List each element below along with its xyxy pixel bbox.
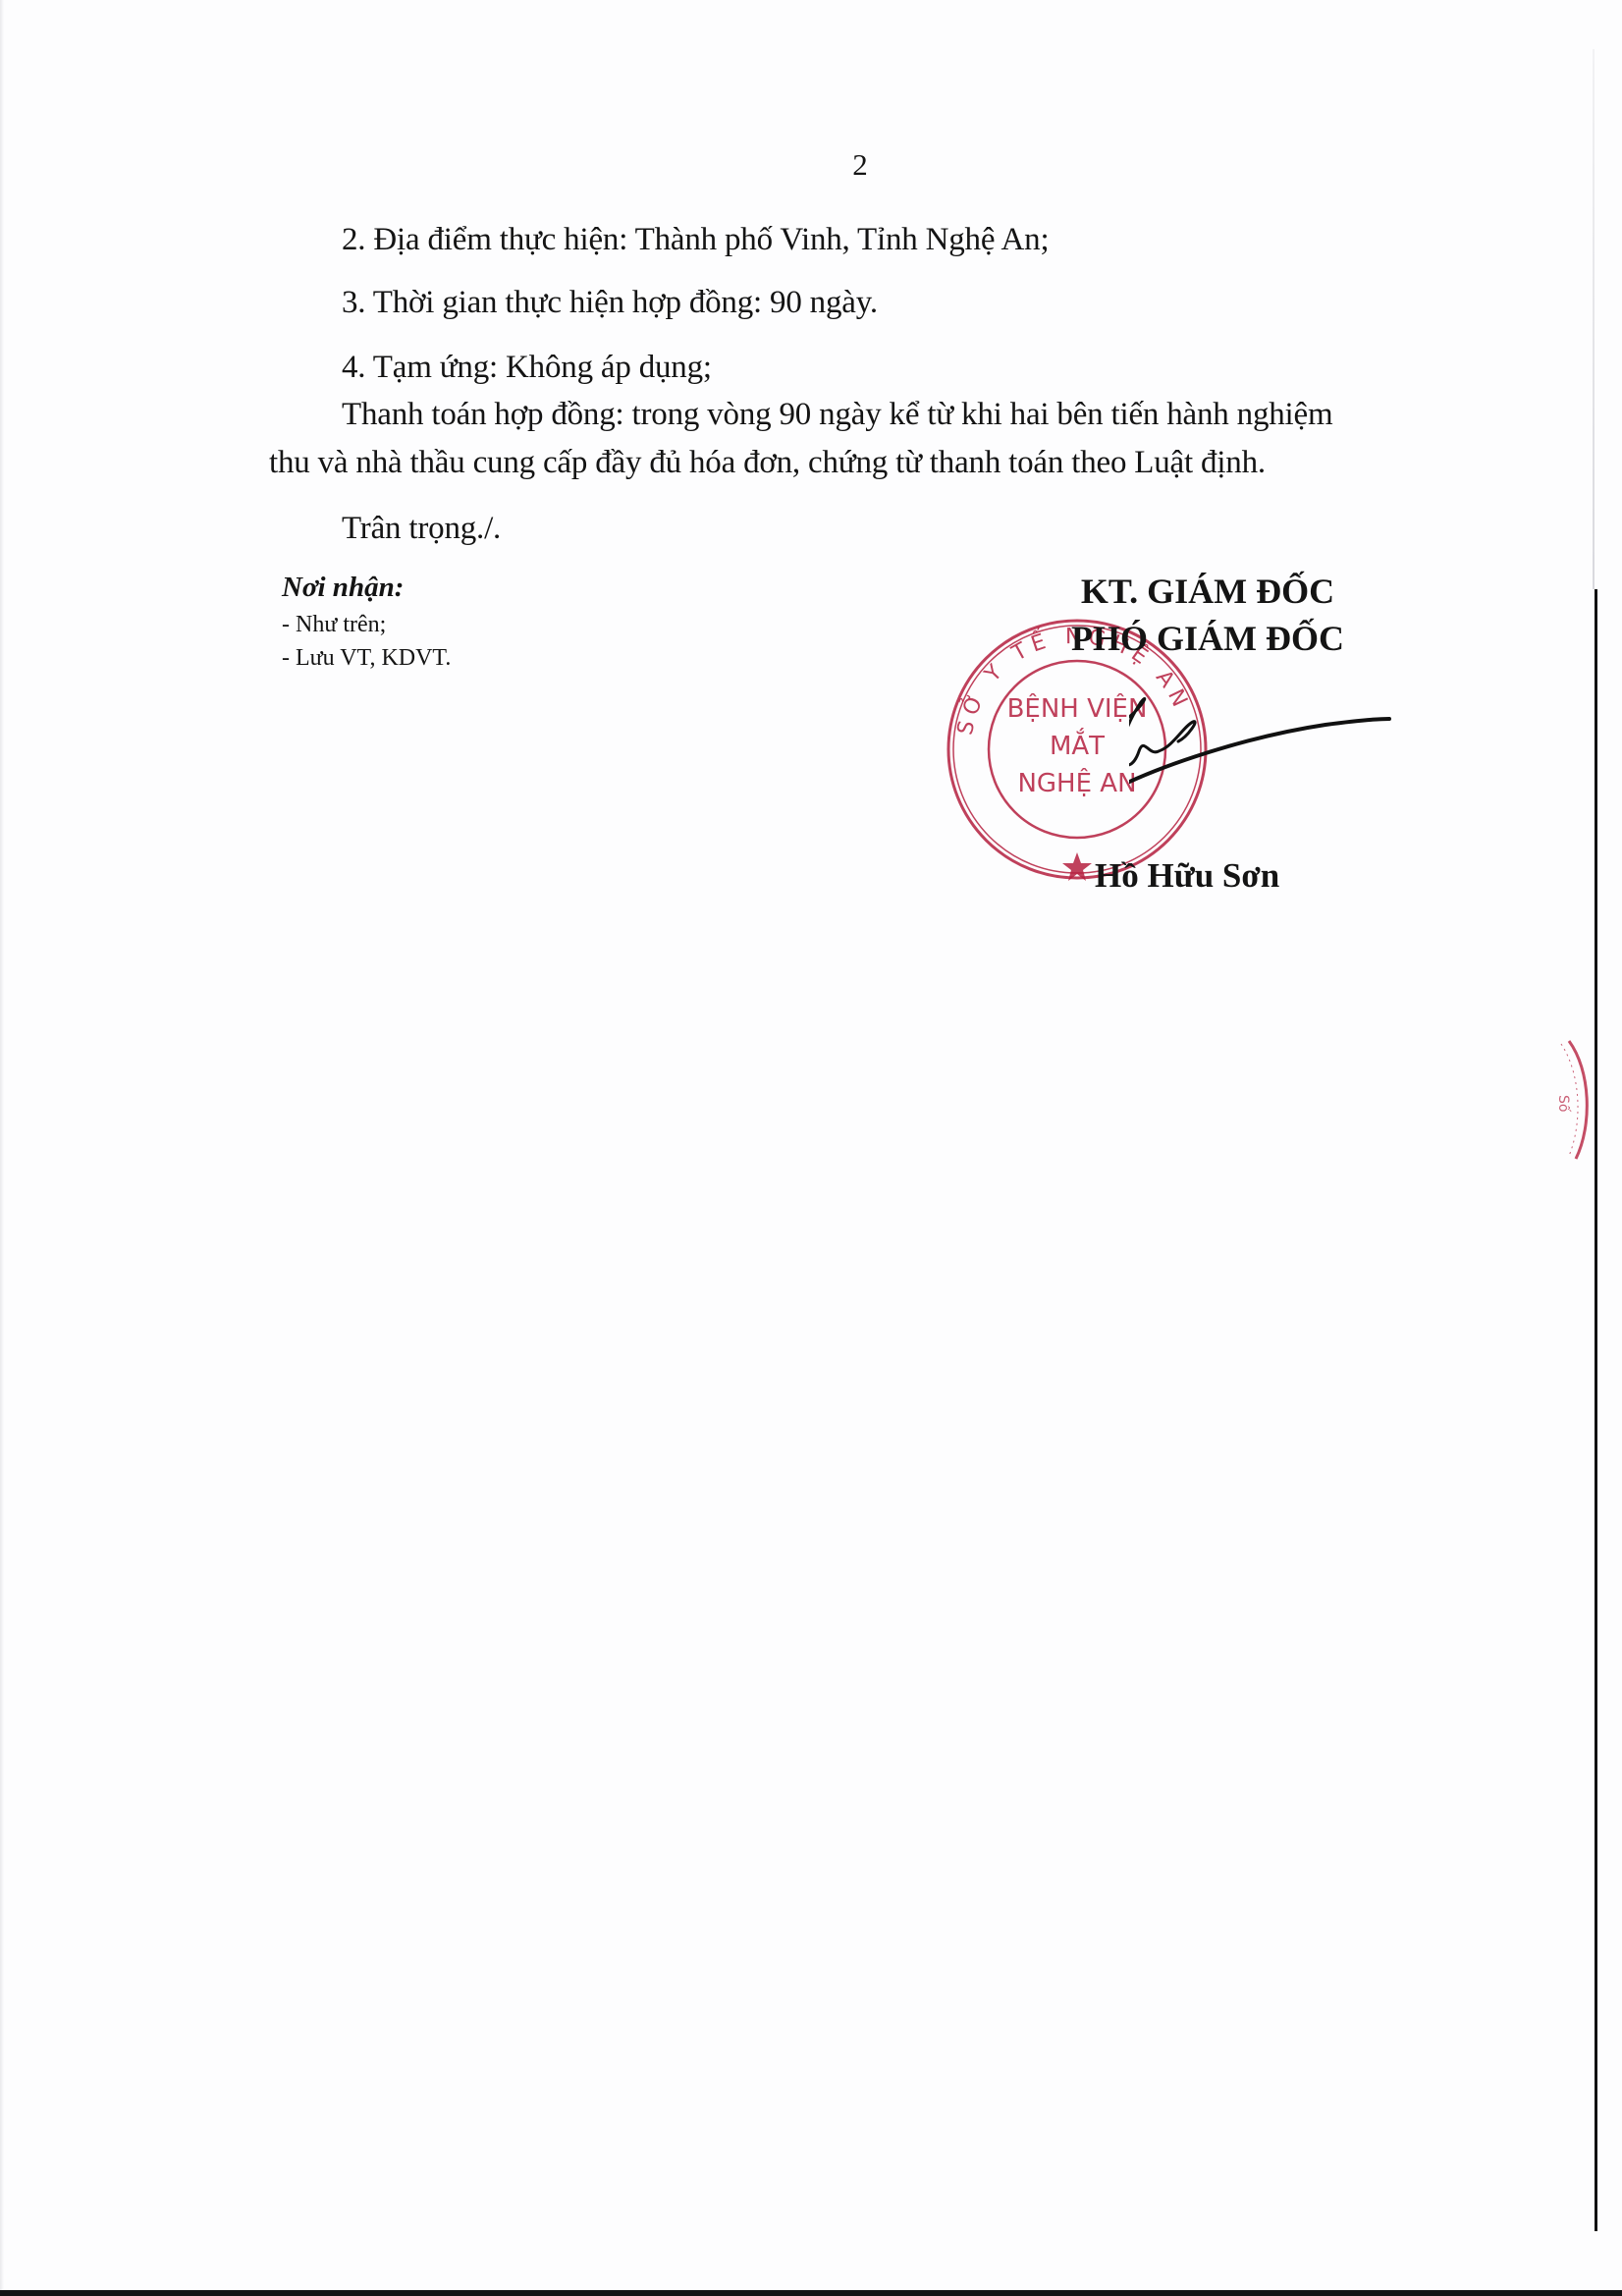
signature-block: KT. GIÁM ĐỐC PHÓ GIÁM ĐỐC xyxy=(1011,568,1404,662)
closing-remark: Trân trọng./. xyxy=(342,511,501,547)
payment-terms-line-2: thu và nhà thầu cung cấp đầy đủ hóa đơn,… xyxy=(269,445,1266,481)
item-duration: 3. Thời gian thực hiện hợp đồng: 90 ngày… xyxy=(342,285,878,321)
recipients-block: Nơi nhận: - Như trên; - Lưu VT, KDVT. xyxy=(282,572,451,675)
page-number: 2 xyxy=(0,147,1622,183)
handwritten-signature-icon xyxy=(1129,697,1394,815)
page-seal-fragment-icon: Số xyxy=(1551,1036,1600,1164)
stamp-inner-line-1: BỆNH VIỆN xyxy=(1007,692,1148,724)
scan-bottom-edge xyxy=(0,2290,1622,2296)
recipients-title: Nơi nhận: xyxy=(282,572,451,604)
page-seal-text: Số xyxy=(1555,1095,1572,1113)
signer-role-line-1: KT. GIÁM ĐỐC xyxy=(1011,568,1404,615)
signer-name: Hồ Hữu Sơn xyxy=(1095,856,1279,896)
scan-left-edge xyxy=(0,0,4,2296)
item-advance: 4. Tạm ứng: Không áp dụng; xyxy=(342,350,712,386)
stamp-inner-line-2: MẮT xyxy=(1050,727,1105,761)
recipient-item: - Lưu VT, KDVT. xyxy=(282,641,451,675)
payment-terms-line-1: Thanh toán hợp đồng: trong vòng 90 ngày … xyxy=(342,397,1332,433)
signer-role-line-2: PHÓ GIÁM ĐỐC xyxy=(1011,615,1404,662)
stamp-inner-line-3: NGHỆ AN xyxy=(1017,767,1136,798)
scan-edge-faint xyxy=(1593,49,1595,589)
scan-edge-line xyxy=(1595,589,1597,2231)
item-location: 2. Địa điểm thực hiện: Thành phố Vinh, T… xyxy=(342,222,1049,258)
recipient-item: - Như trên; xyxy=(282,608,451,641)
